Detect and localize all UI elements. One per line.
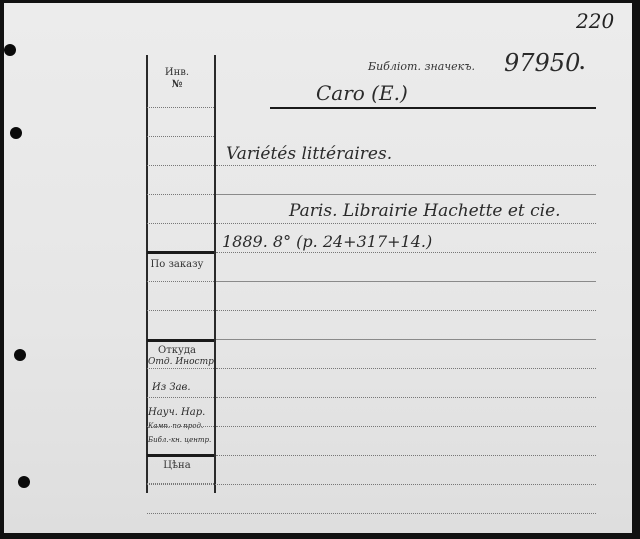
rule xyxy=(147,107,214,108)
rule xyxy=(147,484,596,485)
rule xyxy=(216,252,596,253)
rule xyxy=(147,136,214,137)
rule xyxy=(216,426,596,427)
rule xyxy=(216,223,596,224)
inv-no-label: № xyxy=(144,79,210,90)
price-label: Цѣна xyxy=(144,460,210,471)
author: Caro (E.) xyxy=(316,81,408,105)
source-entry: Из Зав. xyxy=(152,382,191,393)
rule xyxy=(216,397,596,398)
call-number-suffix: . xyxy=(579,53,585,74)
imprint-line-1: Paris. Librairie Hachette et cie. xyxy=(289,201,561,221)
rule xyxy=(147,310,214,311)
source-entry: Науч. Нар. xyxy=(148,407,205,418)
source-entry: Библ.-кн. центр. xyxy=(148,436,211,444)
punch-hole xyxy=(14,349,26,361)
rule xyxy=(147,368,214,369)
section-rule xyxy=(147,339,214,342)
left-column-divider xyxy=(214,55,216,493)
rule xyxy=(147,194,214,195)
section-rule xyxy=(147,251,214,254)
author-rule xyxy=(270,107,596,109)
rule xyxy=(216,281,596,282)
source-entry: Отд. Иностр. xyxy=(148,357,217,367)
rule xyxy=(147,513,596,514)
call-number-label: Библіот. значекъ. xyxy=(368,60,475,73)
page-number: 220 xyxy=(576,9,614,33)
section-rule xyxy=(147,454,214,457)
rule xyxy=(147,165,214,166)
punch-hole xyxy=(18,476,30,488)
rule xyxy=(216,368,596,369)
call-number-value: 97950 xyxy=(504,49,580,77)
rule xyxy=(216,165,596,166)
rule xyxy=(147,223,214,224)
rule xyxy=(147,426,214,427)
rule xyxy=(216,194,596,195)
rule xyxy=(216,339,596,340)
imprint-line-2: 1889. 8° (p. 24+317+14.) xyxy=(222,232,432,251)
punch-hole xyxy=(4,44,16,56)
punch-hole xyxy=(10,127,22,139)
inv-label: Инв. xyxy=(144,67,210,78)
title: Variétés littéraires. xyxy=(226,144,392,164)
order-label: По заказу xyxy=(144,259,210,270)
source-label: Откуда xyxy=(144,345,210,356)
rule xyxy=(147,397,214,398)
rule xyxy=(147,281,214,282)
catalog-card: 220 Инв. № По заказу Откуда Отд. Иностр.… xyxy=(4,3,632,533)
rule xyxy=(216,310,596,311)
rule xyxy=(216,455,596,456)
